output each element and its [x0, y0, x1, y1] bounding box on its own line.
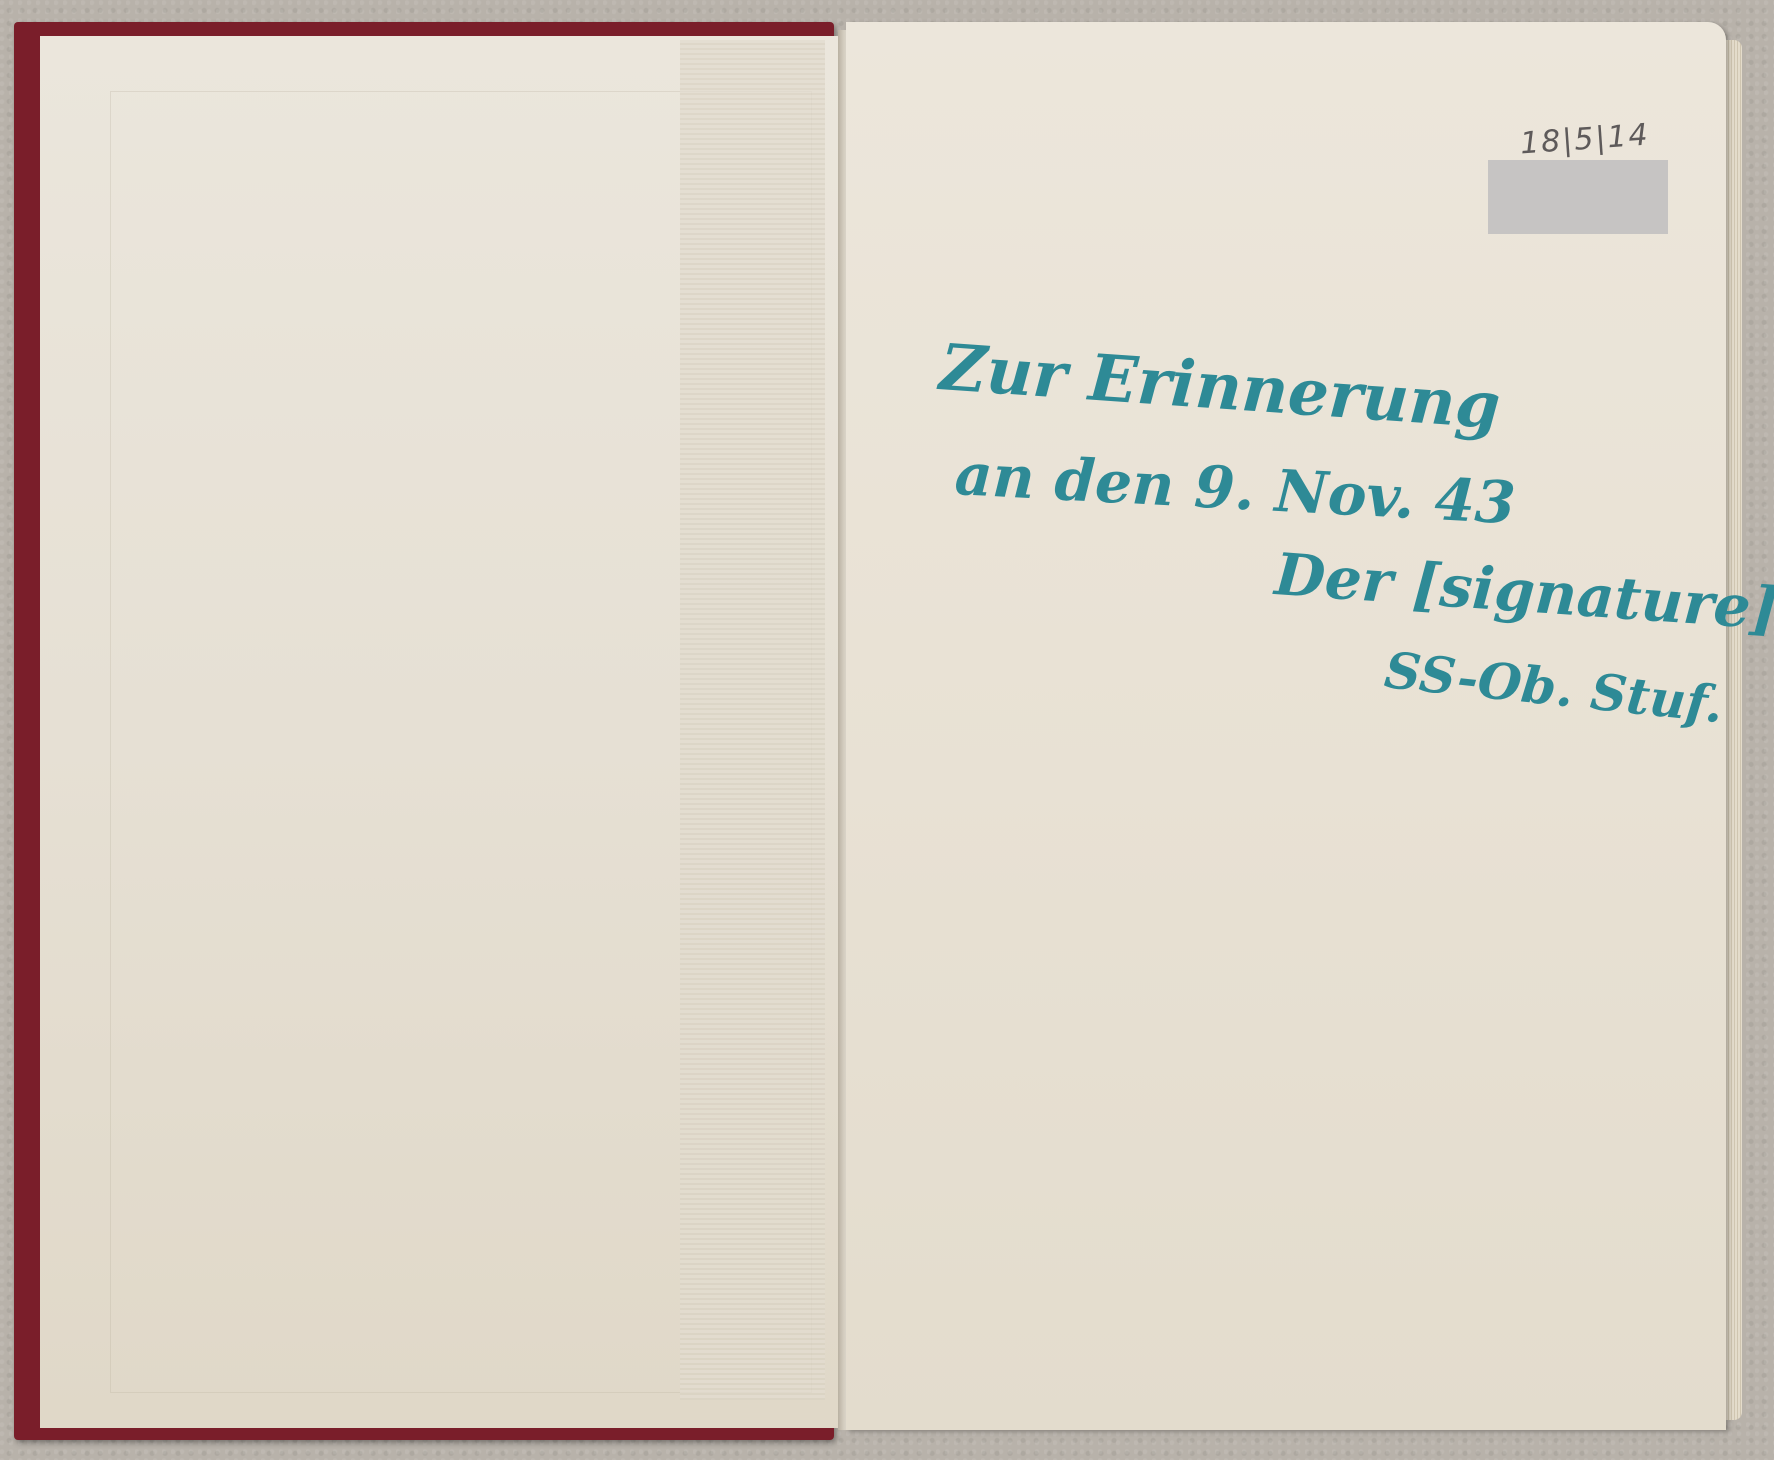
- hinge-cloth-strip: [680, 40, 825, 1400]
- redaction-box: [1488, 160, 1668, 234]
